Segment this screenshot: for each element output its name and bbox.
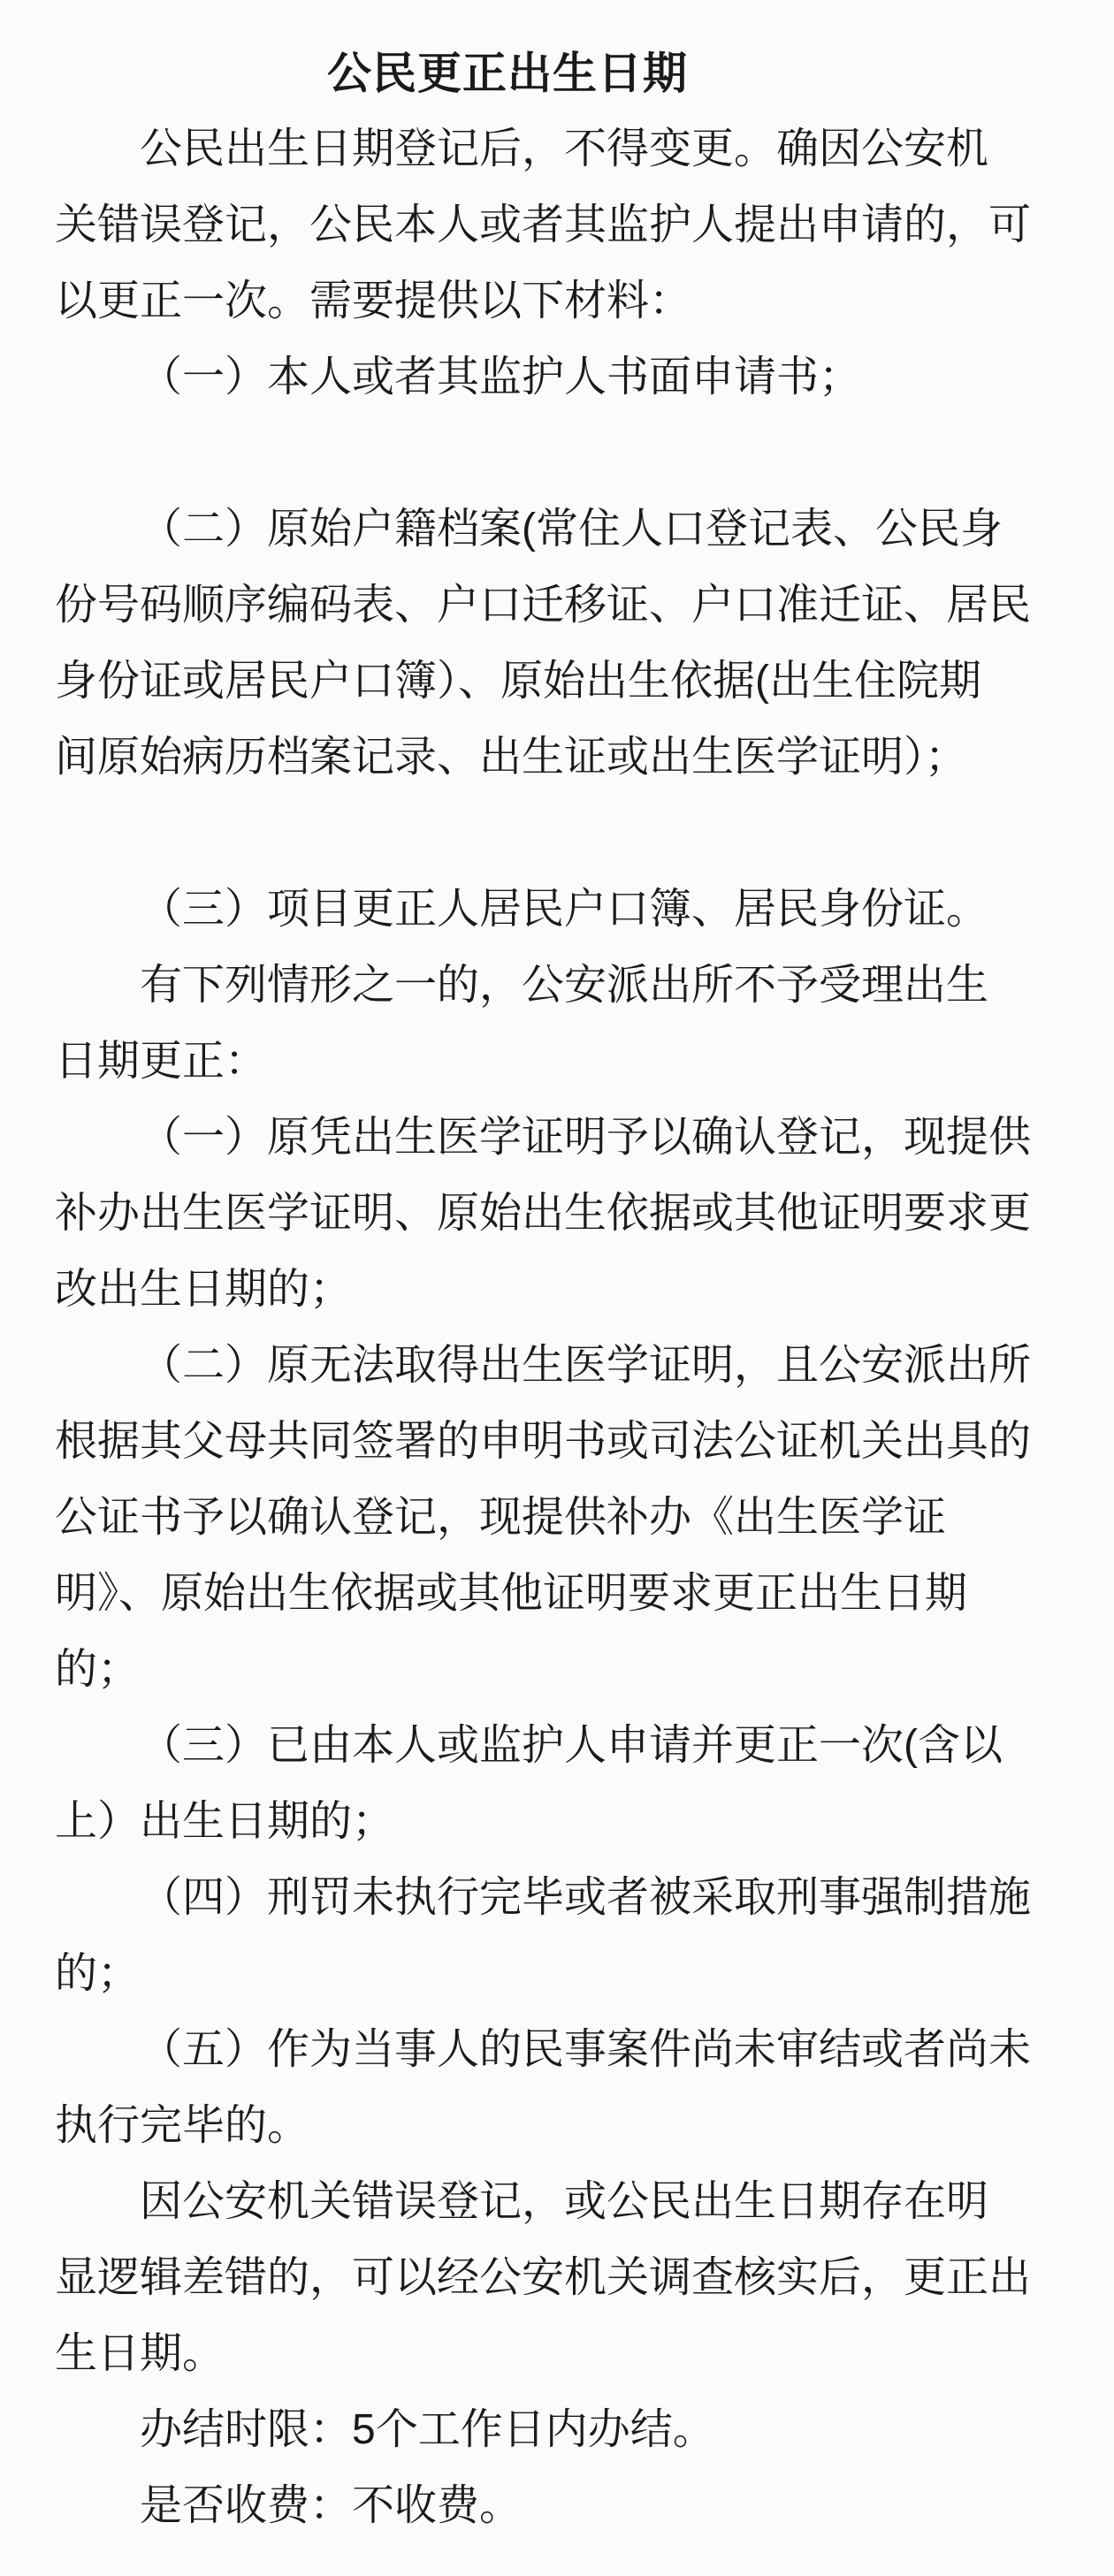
paragraph: （四）刑罚未执行完毕或者被采取刑事强制措施的； [55, 1860, 1084, 2012]
text-line: （一）原凭出生医学证明予以确认登记，现提供 [55, 1100, 1084, 1176]
paragraph: 因公安机关错误登记，或公民出生日期存在明显逻辑差错的，可以经公安机关调查核实后，… [55, 2164, 1084, 2392]
text-line: （一）本人或者其监护人书面申请书； [55, 339, 1084, 415]
text-line: 份号码顺序编码表、户口迁移证、户口准迁证、居民 [55, 568, 1084, 644]
paragraph: （二）原始户籍档案(常住人口登记表、公民身份号码顺序编码表、户口迁移证、户口准迁… [55, 492, 1084, 796]
text-line: 公证书予以确认登记，现提供补办《出生医学证 [55, 1480, 1084, 1556]
paragraph: 有下列情形之一的，公安派出所不予受理出生日期更正： [55, 948, 1084, 1100]
text-line: 公民出生日期登记后，不得变更。确因公安机 [55, 111, 1084, 187]
paragraph: 办结时限：5个工作日内办结。 [55, 2392, 1084, 2468]
text-line: 生日期。 [55, 2316, 1084, 2392]
text-line: 是否收费：不收费。 [55, 2468, 1084, 2544]
text-line: （三）已由本人或监护人申请并更正一次(含以 [55, 1708, 1084, 1784]
text-line: （二）原始户籍档案(常住人口登记表、公民身 [55, 492, 1084, 568]
blank-line [55, 796, 1084, 872]
text-line: 因公安机关错误登记，或公民出生日期存在明 [55, 2164, 1084, 2240]
paragraph: 是否收费：不收费。 [55, 2468, 1084, 2544]
text-line: 的； [55, 1632, 1084, 1708]
text-line: 有下列情形之一的，公安派出所不予受理出生 [55, 948, 1084, 1024]
text-line: 间原始病历档案记录、出生证或出生医学证明）； [55, 720, 1084, 796]
text-line: 以更正一次。需要提供以下材料： [55, 263, 1084, 339]
text-line: （五）作为当事人的民事案件尚未审结或者尚未 [55, 2012, 1084, 2088]
text-line: 身份证或居民户口簿）、原始出生依据(出生住院期 [55, 644, 1084, 720]
paragraph: 公民出生日期登记后，不得变更。确因公安机关错误登记，公民本人或者其监护人提出申请… [55, 111, 1084, 339]
text-line: （二）原无法取得出生医学证明，且公安派出所 [55, 1328, 1084, 1404]
text-line: 根据其父母共同签署的申明书或司法公证机关出具的 [55, 1404, 1084, 1480]
text-line: （四）刑罚未执行完毕或者被采取刑事强制措施 [55, 1860, 1084, 1936]
text-line: 的； [55, 1936, 1084, 2012]
text-line: 执行完毕的。 [55, 2088, 1084, 2164]
text-line: 明》、原始出生依据或其他证明要求更正出生日期 [55, 1556, 1084, 1632]
paragraph: （一）原凭出生医学证明予以确认登记，现提供补办出生医学证明、原始出生依据或其他证… [55, 1100, 1084, 1328]
document-page: 公民更正出生日期 公民出生日期登记后，不得变更。确因公安机关错误登记，公民本人或… [0, 0, 1114, 2576]
paragraph: （三）已由本人或监护人申请并更正一次(含以上）出生日期的； [55, 1708, 1084, 1860]
paragraph: （五）作为当事人的民事案件尚未审结或者尚未执行完毕的。 [55, 2012, 1084, 2164]
paragraph: （三）项目更正人居民户口簿、居民身份证。 [55, 872, 1084, 948]
blank-line [55, 415, 1084, 492]
document-body: 公民出生日期登记后，不得变更。确因公安机关错误登记，公民本人或者其监护人提出申请… [55, 111, 1084, 2544]
paragraph: （二）原无法取得出生医学证明，且公安派出所根据其父母共同签署的申明书或司法公证机… [55, 1328, 1084, 1708]
text-line: 改出生日期的； [55, 1252, 1084, 1328]
text-line: 关错误登记，公民本人或者其监护人提出申请的，可 [55, 187, 1084, 263]
text-line: （三）项目更正人居民户口簿、居民身份证。 [55, 872, 1084, 948]
text-line: 上）出生日期的； [55, 1784, 1084, 1860]
text-line: 办结时限：5个工作日内办结。 [55, 2392, 1084, 2468]
document-title: 公民更正出生日期 [327, 35, 1084, 111]
paragraph: （一）本人或者其监护人书面申请书； [55, 339, 1084, 415]
text-line: 日期更正： [55, 1024, 1084, 1100]
text-line: 补办出生医学证明、原始出生依据或其他证明要求更 [55, 1176, 1084, 1252]
text-line: 显逻辑差错的，可以经公安机关调查核实后，更正出 [55, 2240, 1084, 2316]
